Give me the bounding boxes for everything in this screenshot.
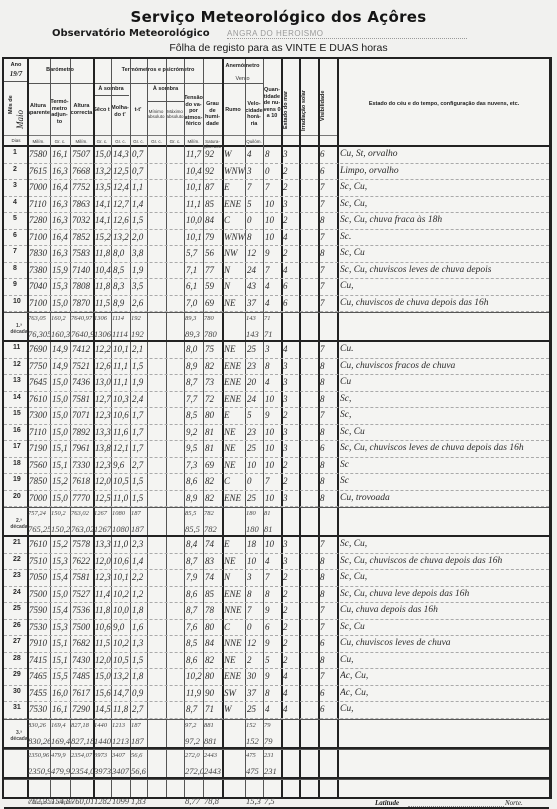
- cell-tens: 7,1: [186, 265, 203, 275]
- cell-diff: 1,7: [132, 410, 147, 420]
- cell-seco: 11,5: [95, 298, 111, 308]
- cell-tens: 7,9: [186, 572, 203, 582]
- cell-vel: 3: [247, 572, 263, 582]
- cell-vel: 0: [247, 215, 263, 225]
- decade-value: 272,0: [185, 752, 203, 759]
- month-totals: 2350,96479,92354,073973340756,6272,02443…: [4, 749, 549, 779]
- cell-mar: 3: [283, 427, 299, 437]
- cell-diff: 2,2: [132, 572, 147, 582]
- decade-value: 81: [264, 510, 281, 517]
- cell-hum: 74: [205, 572, 222, 582]
- day-number: 27: [13, 638, 21, 645]
- header-ano: Ano: [6, 62, 26, 69]
- cell-vis: 6: [320, 704, 337, 714]
- cell-alt: 7040: [29, 281, 50, 291]
- cell-tens: 7,6: [186, 622, 203, 632]
- cell-alt: 7580: [29, 149, 50, 159]
- cell-rumo: NW: [224, 248, 245, 258]
- cell-seco: 15,0: [95, 671, 111, 681]
- table-row: 9704015,3780811,88,33,56,159N43467Cu,: [4, 279, 549, 296]
- cell-mar: 4: [283, 704, 299, 714]
- cell-seco: 13,2: [95, 166, 111, 176]
- cell-alt: 7455: [29, 688, 50, 698]
- cell-corr: 7500: [72, 622, 93, 632]
- decade-value: 782: [204, 524, 222, 534]
- decade-2-summary: 2.ª década757,24150,2763,021267108018785…: [4, 507, 549, 537]
- decade-value: 169,4: [51, 722, 70, 729]
- cell-rumo: NE: [224, 443, 245, 453]
- cell-hum: 84: [205, 215, 222, 225]
- decade-value: 881: [204, 722, 222, 729]
- cell-seco: 15,6: [95, 688, 111, 698]
- unit-label: Milím.: [184, 139, 203, 144]
- cell-diff: 1,7: [132, 427, 147, 437]
- decade-value: 782: [204, 510, 222, 517]
- unit-label: Gr. c.: [166, 139, 184, 144]
- cell-alt: 7300: [29, 410, 50, 420]
- latitude-label: Latitude: [375, 799, 399, 807]
- cell-rumo: N: [224, 265, 245, 275]
- cell-molh: 12,1: [113, 443, 130, 453]
- decade-value: 187: [131, 722, 147, 729]
- decade-value: 71: [264, 315, 281, 322]
- day-number: 22: [13, 556, 21, 563]
- cell-vis: 7: [320, 232, 337, 242]
- header-termometro-adjunto: Termó-metro adjun-to: [50, 99, 69, 125]
- cell-tadj: 15,0: [52, 427, 70, 437]
- cell-molh: 13,2: [113, 671, 130, 681]
- cell-seco: 12,2: [95, 344, 111, 354]
- cell-rumo: N: [224, 572, 245, 582]
- unit-label: Gr. c.: [93, 139, 111, 144]
- cell-corr: 7682: [72, 638, 93, 648]
- cell-rumo: WNW: [224, 232, 245, 242]
- cell-tadj: 15,1: [52, 638, 70, 648]
- cell-tadj: 15,0: [52, 298, 70, 308]
- cell-vel: 20: [247, 377, 263, 387]
- cell-rumo: C: [224, 215, 245, 225]
- footer-note: Cálculo da altitude...: [28, 800, 79, 806]
- header-visibilidade: Visibilidade: [320, 91, 326, 121]
- cell-molh: 11,0: [113, 493, 130, 503]
- cell-mar: 4: [283, 688, 299, 698]
- cell-tadj: 16,3: [52, 248, 70, 258]
- decade-value: 187: [131, 736, 147, 746]
- cell-tens: 9,2: [186, 427, 203, 437]
- day-number: 31: [13, 704, 21, 711]
- cell-corr: 7578: [72, 539, 93, 549]
- cell-alt: 7530: [29, 704, 50, 714]
- sky-remark: Sc, Cu, chuva leve depois das 16h: [340, 589, 469, 599]
- table-row: 16711015,0789213,311,61,79,281NE231038Sc…: [4, 425, 549, 442]
- table-row: 25759015,4753611,810,01,88,778NNE7927Cu,…: [4, 603, 549, 620]
- table-row: 10710015,0787011,58,92,67,069NE37467Cu, …: [4, 296, 549, 313]
- cell-nuv: 10: [265, 427, 281, 437]
- cell-seco: 13,5: [95, 182, 111, 192]
- cell-vis: 8: [320, 476, 337, 486]
- header-velocidade: Velo-cidade horá-ria: [245, 101, 263, 127]
- sky-remark: Cu,: [340, 655, 353, 665]
- day-number: 13: [13, 377, 21, 384]
- cell-mar: 3: [283, 199, 299, 209]
- table-row: 29746515,5748515,013,21,810,280ENE30947A…: [4, 669, 549, 686]
- cell-alt: 7415: [29, 655, 50, 665]
- cell-vel: 12: [247, 638, 263, 648]
- cell-mar: 4: [283, 671, 299, 681]
- cell-alt: 7110: [29, 199, 50, 209]
- cell-nuv: 6: [265, 622, 281, 632]
- table-row: 21761015,2757813,311,02,38,474E181037Sc,…: [4, 537, 549, 554]
- decade-value: 2350,96: [28, 752, 50, 759]
- cell-vel: 4: [247, 149, 263, 159]
- cell-molh: 8,9: [113, 298, 130, 308]
- cell-hum: 77: [205, 265, 222, 275]
- decade-value: 169,4: [51, 736, 70, 746]
- cell-vel: 7: [247, 182, 263, 192]
- cell-corr: 7527: [72, 589, 93, 599]
- cell-tadj: 14,9: [52, 344, 70, 354]
- cell-rumo: E: [224, 410, 245, 420]
- cell-tens: 8,4: [186, 539, 203, 549]
- cell-alt: 7830: [29, 248, 50, 258]
- cell-corr: 7436: [72, 377, 93, 387]
- decade-value: 85,5: [185, 510, 203, 517]
- decade-value: 479,9: [51, 752, 70, 759]
- cell-corr: 7412: [72, 344, 93, 354]
- decade-value: 1099: [112, 796, 130, 806]
- cell-diff: 2,4: [132, 394, 147, 404]
- cell-hum: 82: [205, 361, 222, 371]
- day-number: 1: [13, 149, 17, 156]
- cell-vis: 8: [320, 572, 337, 582]
- table-row: 20700015,0777012,511,01,58,982ENE251038C…: [4, 491, 549, 508]
- cell-nuv: 10: [265, 493, 281, 503]
- cell-nuv: 9: [265, 605, 281, 615]
- cell-rumo: ENE: [224, 493, 245, 503]
- decade-value: 79: [264, 736, 281, 746]
- cell-corr: 7032: [72, 215, 93, 225]
- decade-value: 475: [246, 766, 263, 776]
- decade-value: 1440: [94, 736, 111, 746]
- decade-label: 3.ª década: [8, 730, 30, 742]
- decade-value: 763,05: [28, 315, 50, 322]
- cell-tens: 7,3: [186, 460, 203, 470]
- cell-corr: 7770: [72, 493, 93, 503]
- header-t-diff: t-t': [130, 107, 146, 114]
- cell-molh: 11,6: [113, 427, 130, 437]
- cell-tens: 7,7: [186, 394, 203, 404]
- header-humidade: Grau de humi-dade: [203, 101, 222, 127]
- cell-hum: 78: [205, 605, 222, 615]
- decade-value: 3407: [112, 766, 130, 776]
- header-molhado: Molha-do t': [111, 105, 129, 118]
- day-number: 24: [13, 589, 21, 596]
- cell-nuv: 10: [265, 539, 281, 549]
- latitude-field[interactable]: [408, 806, 504, 807]
- cell-vis: 7: [320, 605, 337, 615]
- norte-label: Norte.: [505, 799, 523, 807]
- decade-value: 1213: [112, 722, 130, 729]
- sky-remark: Sc, Cu, chuva fraca às 18h: [340, 215, 442, 225]
- sky-remark: Sc, Cu: [340, 622, 365, 632]
- cell-vel: 30: [247, 671, 263, 681]
- decade-value: 231: [264, 766, 281, 776]
- header-nuvens: Quan-tidade de nu-vens 0 a 10: [263, 87, 281, 120]
- decade-value: 1440: [94, 722, 111, 729]
- cell-rumo: W: [224, 149, 245, 159]
- cell-nuv: 10: [265, 199, 281, 209]
- sky-remark: Cu: [340, 377, 351, 387]
- cell-diff: 2,0: [132, 232, 147, 242]
- cell-vis: 6: [320, 166, 337, 176]
- cell-hum: 79: [205, 232, 222, 242]
- unit-label: Gr. c.: [130, 139, 147, 144]
- cell-tens: 11,9: [186, 688, 203, 698]
- cell-molh: 10,2: [113, 589, 130, 599]
- cell-vel: 43: [247, 281, 263, 291]
- cell-tens: 10,1: [186, 182, 203, 192]
- table-row: 15730015,0707112,310,61,78,580E5927Sc,: [4, 408, 549, 425]
- cell-vel: 12: [247, 248, 263, 258]
- cell-mar: 2: [283, 589, 299, 599]
- cell-diff: 3,8: [132, 248, 147, 258]
- decade-value: 881: [204, 736, 222, 746]
- cell-diff: 1,4: [132, 199, 147, 209]
- cell-corr: 7617: [72, 688, 93, 698]
- day-number: 29: [13, 671, 21, 678]
- unit-label: Milím.: [70, 139, 93, 144]
- cell-nuv: 9: [265, 638, 281, 648]
- cell-alt: 7190: [29, 443, 50, 453]
- decade-value: 780: [204, 315, 222, 322]
- cell-nuv: 8: [265, 688, 281, 698]
- decade-value: 85,5: [185, 524, 203, 534]
- cell-mar: 2: [283, 655, 299, 665]
- table-row: 8738015,9714010,48,51,97,177N24747Sc, Cu…: [4, 263, 549, 280]
- sky-remark: Cu, chuva depois das 16h: [340, 605, 438, 615]
- header-tensao: Tensão do va-por atmos-férico: [184, 95, 203, 128]
- cell-tadj: 16,3: [52, 215, 70, 225]
- cell-seco: 12,5: [95, 493, 111, 503]
- cell-tens: 5,7: [186, 248, 203, 258]
- cell-corr: 7071: [72, 410, 93, 420]
- cell-hum: 74: [205, 539, 222, 549]
- cell-alt: 7850: [29, 476, 50, 486]
- header-rumo: Rumo: [222, 107, 244, 114]
- cell-vis: 7: [320, 622, 337, 632]
- header-vento: Vento: [222, 76, 263, 82]
- cell-tadj: 16,0: [52, 688, 70, 698]
- cell-mar: 3: [283, 539, 299, 549]
- decade-value: 97,2: [185, 736, 203, 746]
- decade-value: 150,2: [51, 510, 70, 517]
- cell-diff: 2,1: [132, 344, 147, 354]
- cell-alt: 7910: [29, 638, 50, 648]
- cell-diff: 1,4: [132, 556, 147, 566]
- decade-value: 1267: [94, 524, 111, 534]
- cell-tadj: 15,4: [52, 605, 70, 615]
- cell-mar: 2: [283, 410, 299, 420]
- cell-tadj: 15,3: [52, 556, 70, 566]
- day-number: 11: [13, 344, 20, 351]
- sky-remark: Cu,: [340, 704, 353, 714]
- cell-hum: 83: [205, 556, 222, 566]
- cell-molh: 9,0: [113, 622, 130, 632]
- cell-corr: 7521: [72, 361, 93, 371]
- cell-rumo: W: [224, 704, 245, 714]
- cell-vis: 7: [320, 265, 337, 275]
- cell-tens: 10,2: [186, 671, 203, 681]
- cell-molh: 11,1: [113, 377, 130, 387]
- cell-hum: 82: [205, 476, 222, 486]
- cell-seco: 14,5: [95, 704, 111, 714]
- cell-mar: 4: [283, 232, 299, 242]
- cell-mar: 2: [283, 215, 299, 225]
- cell-tadj: 15,9: [52, 265, 70, 275]
- day-number: 12: [13, 361, 21, 368]
- cell-tens: 8,6: [186, 589, 203, 599]
- cell-tadj: 15,1: [52, 443, 70, 453]
- cell-vis: 7: [320, 410, 337, 420]
- cell-diff: 2,6: [132, 298, 147, 308]
- cell-seco: 14,1: [95, 215, 111, 225]
- cell-diff: 0,9: [132, 688, 147, 698]
- cell-tadj: 16,3: [52, 199, 70, 209]
- sky-remark: Sc, Cu, chuviscos leves de chuva depois …: [340, 443, 524, 453]
- cell-corr: 7863: [72, 199, 93, 209]
- cell-tens: 10,0: [186, 215, 203, 225]
- sky-remark: Sc, Cu,: [340, 539, 367, 549]
- cell-mar: 2: [283, 605, 299, 615]
- sky-remark: Sc, Cu: [340, 248, 365, 258]
- cell-diff: 1,5: [132, 215, 147, 225]
- day-number: 20: [13, 493, 21, 500]
- cell-hum: 80: [205, 410, 222, 420]
- cell-nuv: 10: [265, 232, 281, 242]
- cell-rumo: NE: [224, 344, 245, 354]
- decade-value: 1213: [112, 736, 130, 746]
- cell-tadj: 15,4: [52, 572, 70, 582]
- cell-rumo: NE: [224, 655, 245, 665]
- decade-value: 152: [246, 736, 263, 746]
- cell-seco: 12,3: [95, 460, 111, 470]
- cell-tadj: 15,0: [52, 410, 70, 420]
- table-row: 19785015,2761812,010,51,58,682C0728Sc: [4, 474, 549, 491]
- cell-vis: 8: [320, 655, 337, 665]
- table-row: 27791015,1768211,510,21,38,584NNE12926Cu…: [4, 636, 549, 653]
- table-row: 11769014,9741212,210,12,18,075NE25347Cu.: [4, 342, 549, 359]
- cell-nuv: 0: [265, 166, 281, 176]
- header-maximo: Máximo absoluto: [166, 109, 184, 119]
- cell-nuv: 8: [265, 149, 281, 159]
- decade-value: 160,3: [51, 329, 70, 339]
- cell-vis: 7: [320, 281, 337, 291]
- sky-remark: Cu.: [340, 344, 353, 354]
- cell-nuv: 7: [265, 265, 281, 275]
- cell-rumo: NNE: [224, 605, 245, 615]
- sky-remark: Sc,: [340, 394, 351, 404]
- cell-molh: 14,3: [113, 149, 130, 159]
- cell-corr: 7485: [72, 671, 93, 681]
- cell-nuv: 9: [265, 671, 281, 681]
- cell-vel: 2: [247, 655, 263, 665]
- cell-vis: 8: [320, 377, 337, 387]
- observatory-stamp: ANGRA DO HEROISMO: [227, 29, 467, 39]
- cell-hum: 69: [205, 298, 222, 308]
- table-row: 18756015,1733012,39,62,77,369NE101028Sc: [4, 458, 549, 475]
- decade-value: 192: [131, 329, 147, 339]
- cell-molh: 10,6: [113, 410, 130, 420]
- month-value: Maio: [15, 110, 25, 129]
- decade-value: 150,2: [51, 524, 70, 534]
- cell-diff: 2,7: [132, 460, 147, 470]
- table-row: 1758016,1750715,014,30,711,792W4836Cu, S…: [4, 147, 549, 164]
- cell-tens: 11,1: [186, 199, 203, 209]
- cell-seco: 11,5: [95, 638, 111, 648]
- cell-hum: 92: [205, 166, 222, 176]
- decade-value: 160,2: [51, 315, 70, 322]
- table-row: 24750015,0752711,410,21,28,685ENE8828Sc,…: [4, 587, 549, 604]
- header-mes: Mês de: [8, 95, 14, 114]
- table-row: 23705015,4758112,310,12,27,974N3728Sc, C…: [4, 570, 549, 587]
- cell-molh: 10,1: [113, 344, 130, 354]
- cell-mar: 3: [283, 361, 299, 371]
- decade-value: 187: [131, 510, 147, 517]
- cell-molh: 11,8: [113, 704, 130, 714]
- cell-nuv: 4: [265, 298, 281, 308]
- cell-hum: 87: [205, 182, 222, 192]
- cell-molh: 11,1: [113, 361, 130, 371]
- decade-value: 475: [246, 752, 263, 759]
- table-row: 31753016,1729014,511,82,78,771W25446Cu,: [4, 702, 549, 719]
- cell-molh: 12,7: [113, 199, 130, 209]
- header-anemometro: Anemómetro: [222, 63, 263, 70]
- sky-remark: Limpo, orvalho: [340, 166, 399, 176]
- table-row: 30745516,0761715,614,70,911,990SW37846Ac…: [4, 686, 549, 703]
- cell-diff: 1,5: [132, 476, 147, 486]
- cell-seco: 13,3: [95, 427, 111, 437]
- cell-vis: 8: [320, 589, 337, 599]
- decade-value: 1282: [94, 796, 111, 806]
- cell-rumo: E: [224, 539, 245, 549]
- cell-nuv: 10: [265, 443, 281, 453]
- sky-remark: Sc, Cu,: [340, 572, 367, 582]
- cell-hum: 69: [205, 460, 222, 470]
- cell-tadj: 15,3: [52, 281, 70, 291]
- decade-value: 143: [246, 329, 263, 339]
- decade-value: 2443: [204, 752, 222, 759]
- cell-vis: 6: [320, 149, 337, 159]
- header-seco: Sêco t: [93, 107, 110, 114]
- decade-value: 89,3: [185, 329, 203, 339]
- cell-tens: 10,1: [186, 232, 203, 242]
- cell-corr: 7808: [72, 281, 93, 291]
- cell-rumo: NE: [224, 556, 245, 566]
- cell-diff: 1,9: [132, 377, 147, 387]
- header-dias: Dias: [6, 138, 26, 143]
- decade-value: 1114: [112, 315, 130, 322]
- cell-mar: 3: [283, 443, 299, 453]
- decade-value: 192: [131, 315, 147, 322]
- cell-mar: 3: [283, 149, 299, 159]
- cell-molh: 14,7: [113, 688, 130, 698]
- table-row: 17719015,1796113,812,11,79,581NE251036Sc…: [4, 441, 549, 458]
- cell-molh: 10,5: [113, 476, 130, 486]
- cell-vel: 7: [247, 605, 263, 615]
- header-altura-correcta: Altura correcta: [70, 103, 93, 116]
- cell-nuv: 8: [265, 361, 281, 371]
- cell-corr: 7618: [72, 476, 93, 486]
